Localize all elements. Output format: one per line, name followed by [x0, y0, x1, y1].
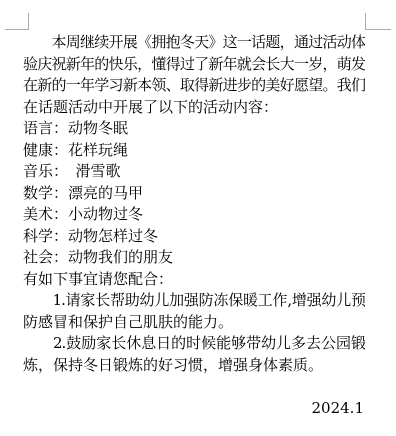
paragraph-line: 验庆祝新年的快乐，懂得过了新年就会长大一岁，萌发	[23, 54, 365, 76]
activity-line-music: 音乐： 滑雪歌	[23, 161, 365, 183]
activity-line-language: 语言：动物冬眠	[23, 118, 365, 140]
paragraph-line: 在话题活动中开展了以下的活动内容：	[23, 97, 365, 119]
note-2-line: 炼，保持冬日锻炼的好习惯，增强身体素质。	[23, 355, 365, 377]
activity-line-math: 数学：漂亮的马甲	[23, 183, 365, 205]
activity-line-health: 健康：花样玩绳	[23, 140, 365, 162]
note-1-line: 1.请家长帮助幼儿加强防冻保暖工作,增强幼儿预	[23, 290, 365, 312]
document-page: 本周继续开展《拥抱冬天》这一话题，通过活动体 验庆祝新年的快乐，懂得过了新年就会…	[0, 0, 396, 436]
note-1-line: 防感冒和保护自己肌肤的能力。	[23, 312, 365, 334]
paragraph-line: 在新的一年学习新本领、取得新进步的美好愿望。我们	[23, 75, 365, 97]
activity-line-art: 美术：小动物过冬	[23, 204, 365, 226]
paragraph-line: 本周继续开展《拥抱冬天》这一话题，通过活动体	[23, 32, 365, 54]
document-text-block: 本周继续开展《拥抱冬天》这一话题，通过活动体 验庆祝新年的快乐，懂得过了新年就会…	[23, 32, 365, 419]
date-line: 2024.1	[23, 398, 365, 420]
activity-line-society: 社会：动物我们的朋友	[23, 247, 365, 269]
margin-crop-mark-top-left-horizontal	[5, 29, 29, 30]
cooperation-heading-line: 有如下事宜请您配合：	[23, 269, 365, 291]
margin-crop-mark-top-left-vertical	[28, 13, 29, 30]
margin-crop-mark-top-right-horizontal	[365, 29, 391, 30]
note-2-line: 2.鼓励家长休息日的时候能够带幼儿多去公园锻	[23, 333, 365, 355]
blank-line	[23, 376, 365, 398]
activity-line-science: 科学：动物怎样过冬	[23, 226, 365, 248]
margin-crop-mark-top-right-vertical	[365, 13, 366, 30]
